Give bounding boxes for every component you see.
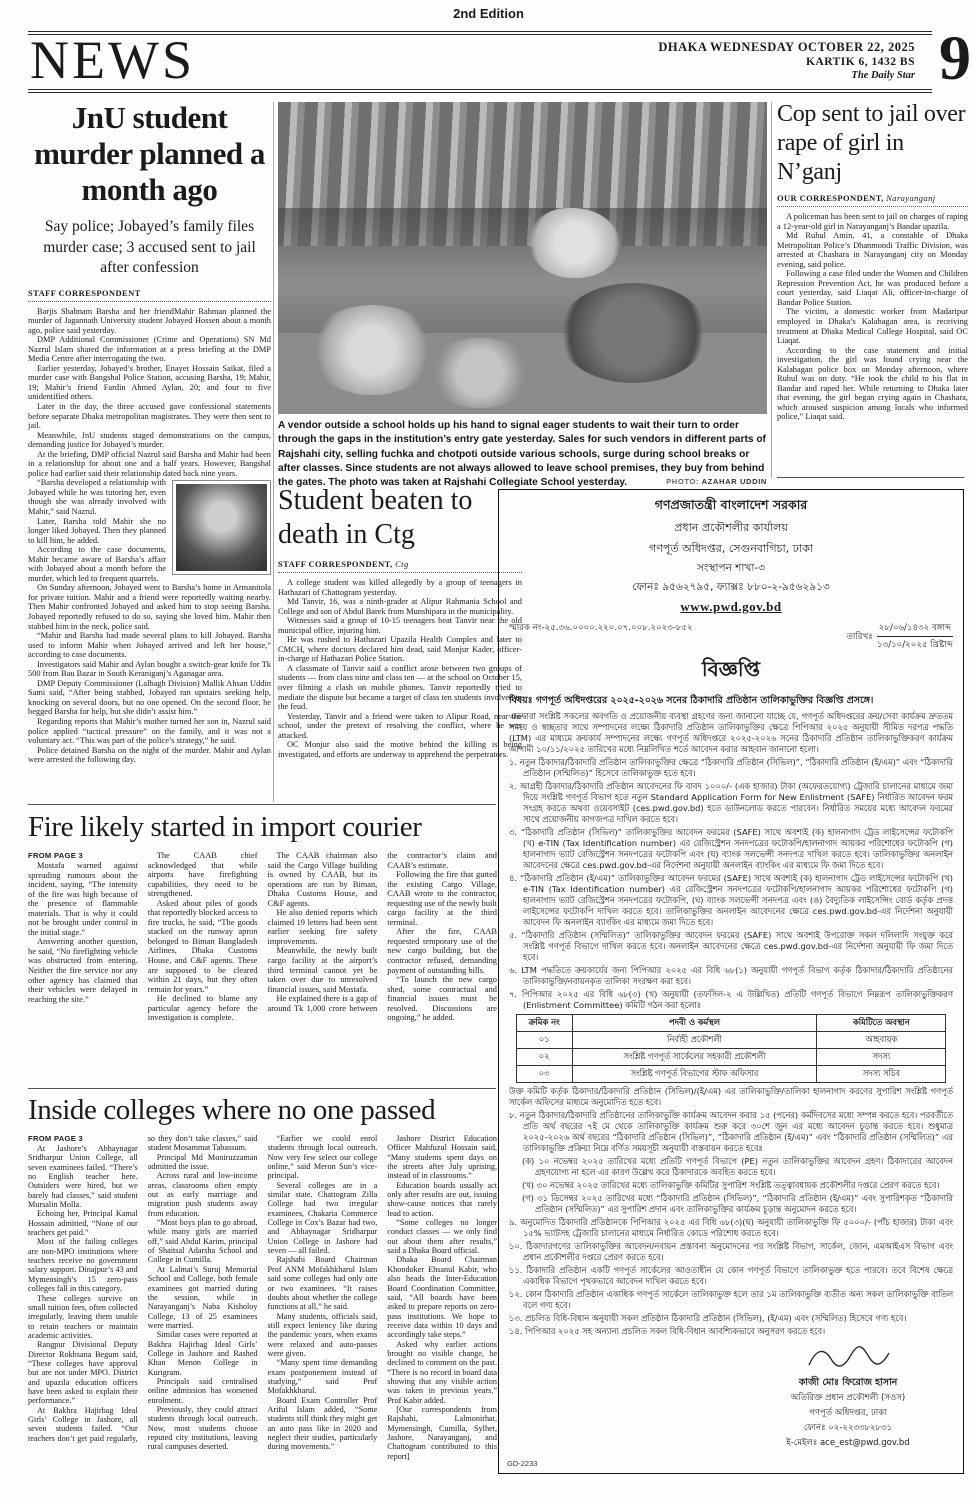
newspaper-page: 2nd Edition NEWS DHAKA WEDNESDAY OCTOBER… [0, 0, 977, 1500]
paragraph: A policeman has been sent to jail on cha… [777, 212, 968, 231]
paragraph: At Jashore’s Abhaynagar Sridharpur Union… [28, 1144, 138, 1209]
paragraph: Barjis Shabnam Barsha and her friendMahi… [28, 307, 271, 336]
memo-number: স্মারক নং-২৫.৩৬.০০০০.২২০.০৭.০০৮.২০২৩-৮৫২ [509, 621, 693, 635]
paragraph: Mostafa warned against spreading rumours… [28, 861, 138, 937]
paragraph: ১৪. পিপিআর ২০২৫ সহ অন্যান্য প্রচলিত সকল … [509, 1326, 953, 1337]
paragraph: ৭. পিপিআর ২০২৫ এর বিধি ৬৮(৩) (খ) অনুযায়… [509, 989, 953, 1011]
paragraph: Many students, officials said, still exp… [268, 1312, 378, 1359]
ad-serial-code: GD-2233 [507, 1459, 537, 1468]
column-rule-right [771, 102, 772, 478]
paper-name: The Daily Star [658, 70, 915, 81]
rule-above-fire-article [28, 804, 496, 805]
article-ctg-student: Student beaten to death in Ctg STAFF COR… [278, 484, 522, 759]
photo-credit-label: PHOTO: [666, 477, 699, 486]
suspect-portrait-photo [172, 480, 271, 575]
article-colleges-zero-pass: Inside colleges where no one passed FROM… [28, 1094, 497, 1489]
masthead-rule-bottom [28, 89, 932, 93]
ad-branch: সংস্থাপন শাখা-৩ [509, 561, 953, 578]
news-photo [278, 102, 767, 414]
paragraph: Principal Md Moniruzzaman admitted the i… [148, 1153, 258, 1172]
article-headline: Fire likely started in import courier [28, 811, 497, 844]
signatory-title: অতিরিক্ত প্রধান প্রকৌশলী (সওস) [743, 1391, 953, 1405]
table-cell: আহবায়ক [817, 1032, 946, 1049]
paragraph: Meanwhile, the newly built cargo facilit… [268, 946, 378, 994]
paragraph: On Sunday afternoon, Jobayed went to Bar… [28, 583, 271, 631]
paragraph: He declined to blame any particular agen… [148, 994, 258, 1023]
memo-date-row: স্মারক নং-২৫.৩৬.০০০০.২২০.০৭.০০৮.২০২৩-৮৫২… [509, 621, 953, 652]
paragraph: At the briefing, DMP official Nazrul sai… [28, 450, 271, 479]
signature-scribble [803, 1345, 893, 1371]
paragraph: Most of the failing colleges are non-MPO… [28, 1237, 138, 1293]
paragraph: Asked about piles of goods that reported… [148, 899, 258, 994]
table-cell: ০২ [516, 1049, 572, 1066]
paragraph: A classmate of Tanvir said a conflict ar… [278, 664, 522, 712]
photo-caption: A vendor outside a school holds up his h… [278, 419, 767, 490]
paragraph: Board Exam Controller Prof Ariful Islam … [268, 1396, 378, 1452]
paragraph: Answering another question, he said, “No… [28, 937, 138, 1004]
ad-govt-name: গণপ্রজাতন্ত্রী বাংলাদেশ সরকার [509, 497, 953, 517]
notice-subject: বিষয়ঃ গণপূর্ত অধিদপ্তরের ২০২৫-২০২৬ সনের… [509, 693, 953, 708]
article-jnu-murder: JnU student murder planned a month ago S… [28, 100, 271, 765]
paragraph: (গ) ৩১ ডিসেম্বর ২০২৫ তারিখের মধ্যে “ঠিকা… [509, 1193, 953, 1215]
table-cell: নির্বাহী প্রকৌশলী [572, 1032, 817, 1049]
article-cop-jail: Cop sent to jail over rape of girl in N’… [777, 100, 968, 422]
paragraph: Following a case filed under the Women a… [777, 269, 968, 307]
paragraph: “Many spent time demanding exam postpone… [268, 1358, 378, 1395]
signatory-name: কাজী মোঃ ফিরোজ হাসান [743, 1375, 953, 1390]
dateline: DHAKA WEDNESDAY OCTOBER 22, 2025 KARTIK … [658, 40, 915, 81]
byline-divider [777, 206, 968, 207]
rule-under-cop-article [777, 477, 964, 478]
date-label: তারিখঃ [846, 630, 872, 644]
table-row: ০১নির্বাহী প্রকৌশলীআহবায়ক [516, 1032, 946, 1049]
ad-department: গণপূর্ত অধিদপ্তর, সেগুনবাগিচা, ঢাকা [509, 540, 953, 559]
byline: STAFF CORRESPONDENT, Ctg [278, 559, 522, 569]
paragraph: Later in the day, the three accused gave… [28, 402, 271, 431]
paragraph: At Lalmai’s Suruj Memorial School and Co… [148, 1265, 258, 1330]
notice-intro: এতদ্বারা সংশ্লিষ্ট সকলের অবগতি ও প্রয়োজ… [509, 711, 953, 755]
paragraph: Investigators said Mahir and Aylan bough… [28, 660, 271, 679]
paragraph: Dhaka Board Chairman Khondoker Ehsanul K… [387, 1255, 497, 1339]
date-block: তারিখঃ ২৮/০৬/১৪৩২ বঙ্গাব্দ ১৩/১০/২০২৫ খ্… [846, 621, 953, 652]
article-body: Barjis Shabnam Barsha and her friendMahi… [28, 307, 271, 479]
notice-clauses-3: ৯. অনুমোদিত ঠিকাদারি প্রতিষ্ঠানকে পিপিআর… [509, 1217, 953, 1337]
paragraph: A college student was killed allegedly b… [278, 578, 522, 597]
paragraph: ৬. LTM পদ্ধতিতে ক্রয়কার্যের জন্য পিপিআর… [509, 965, 953, 987]
photo-credit: PHOTO: AZAHAR UDDIN [666, 475, 767, 489]
article-headline: Student beaten to death in Ctg [278, 484, 522, 552]
signatory-phone: ফোনঃ ০২-২২৩৩৮২৮৩১ [743, 1421, 953, 1435]
paragraph: Echoing her, Principal Kamal Hossain adm… [28, 1209, 138, 1237]
byline-divider [278, 572, 522, 573]
paragraph: “Earlier we could enrol students through… [268, 1134, 378, 1181]
paragraph: DMP Additional Commissioner (Crime and O… [28, 335, 271, 364]
paragraph: Asked why earlier actions brought no vis… [387, 1340, 497, 1405]
byline-location: Narayanganj [886, 193, 935, 203]
portrait-image [176, 484, 267, 571]
article-body: A college student was killed allegedly b… [278, 578, 522, 759]
paragraph: The CAAB chief acknowledged that while a… [148, 851, 258, 899]
paragraph: Md Ruhul Amin, 41, a constable of Dhaka … [777, 231, 968, 269]
date-bengali-era: ২৮/০৬/১৪৩২ বঙ্গাব্দ [877, 621, 953, 637]
paragraph: OC Monjur also said the motive behind th… [278, 740, 522, 759]
date-values: ২৮/০৬/১৪৩২ বঙ্গাব্দ ১৩/১০/২০২৫ খ্রিষ্টাব… [877, 621, 953, 652]
vendor-hand-graphic [530, 208, 620, 278]
section-title: NEWS [30, 33, 195, 87]
notice-title: বিজ্ঞপ্তি [509, 655, 953, 688]
paragraph: Following the fire that gutted the exist… [387, 870, 497, 927]
article-headline: Cop sent to jail over rape of girl in N’… [777, 100, 968, 187]
paragraph: Similar cases were reported at Bakhra Ha… [148, 1330, 258, 1377]
signatory-org: গণপূর্ত অধিদপ্তর, ঢাকা [743, 1406, 953, 1420]
article-body: A policeman has been sent to jail on cha… [777, 212, 968, 422]
table-cell: সংশ্লিষ্ট গণপূর্ত বিভাগের স্টাফ অফিসার [572, 1066, 817, 1083]
dateline-date: DHAKA WEDNESDAY OCTOBER 22, 2025 [658, 40, 915, 55]
paragraph: [Our correspondents from Rajshahi, Lalmo… [387, 1405, 497, 1461]
paragraph: Across rural and low-income areas, class… [148, 1171, 258, 1218]
paragraph: DMP Deputy Commissioner (Lalbagh Divisio… [28, 679, 271, 717]
byline-location: Ctg [395, 559, 408, 569]
shadow-graphic [558, 283, 708, 383]
paragraph: ১০. ঠিকাদারগণের তালিকাভুক্তির আবেদন/নবায… [509, 1241, 953, 1263]
paragraph: ১২. কোন ঠিকাদারি প্রতিষ্ঠান একাধিক গণপূর… [509, 1289, 953, 1311]
paragraph: ৯. অনুমোদিত ঠিকাদারি প্রতিষ্ঠানকে পিপিআর… [509, 1217, 953, 1239]
food-bowl-graphic [425, 338, 535, 408]
paragraph: Rajshahi Board Chairman Prof ANM Mofakhk… [268, 1255, 378, 1311]
paragraph: Meanwhile, JnU students staged demonstra… [28, 431, 271, 450]
article-body-columns: FROM PAGE 3 Mostafa warned against sprea… [28, 851, 497, 1080]
table-cell: সদস্য [817, 1049, 946, 1066]
paragraph: ১৩. প্রচলিত বিধি-বিধান অনুযায়ী সকল প্রত… [509, 1313, 953, 1324]
from-page-label: FROM PAGE 3 [28, 851, 138, 860]
byline: STAFF CORRESPONDENT [28, 288, 271, 298]
byline-divider [28, 301, 271, 302]
paragraph: ১১. ঠিকাদারি প্রতিষ্ঠান একটি গণপূর্ত সার… [509, 1265, 953, 1287]
paragraph: “Some colleges no longer conduct classes… [387, 1218, 497, 1255]
page-number: 9 [939, 28, 971, 88]
notice-schedule: (ক) ১০ নভেম্বর ২০২৫ তারিখের মধ্যে প্রতিট… [509, 1156, 953, 1215]
article-body-columns: FROM PAGE 3 At Jashore’s Abhaynagar Srid… [28, 1134, 497, 1489]
notice-clause-8: ৮. নতুন ঠিকাদার/ঠিকাদারি প্রতিষ্ঠানের তা… [509, 1110, 953, 1154]
paragraph: After the fire, CAAB requested temporary… [387, 927, 497, 975]
ad-website-link: www.pwd.gov.bd [509, 599, 953, 615]
table-body: ০১নির্বাহী প্রকৌশলীআহবায়ক০২সংশ্লিষ্ট গণ… [516, 1032, 946, 1083]
paragraph: (খ) ৩০ নভেম্বর ২০২৫ তারিখের মধ্যে তালিকা… [509, 1180, 953, 1191]
article-headline: JnU student murder planned a month ago [28, 100, 271, 208]
table-header-cell: পদবী ও কর্মস্থল [572, 1015, 817, 1032]
table-row: ০৩সংশ্লিষ্ট গণপূর্ত বিভাগের স্টাফ অফিসার… [516, 1066, 946, 1083]
table-cell: ০১ [516, 1032, 572, 1049]
food-plate-graphic [307, 305, 437, 395]
table-cell: সংশ্লিষ্ট গণপূর্ত সার্কেলের সহকারী প্রকৌ… [572, 1049, 817, 1066]
paragraph: ৫. “ঠিকাদারি প্রতিষ্ঠান (সম্মিলিত)” তালি… [509, 930, 953, 963]
paragraph: Earlier yesterday, Jobayed’s brother, En… [28, 364, 271, 402]
dateline-bengali-date: KARTIK 6, 1432 BS [658, 56, 915, 68]
edition-label: 2nd Edition [0, 6, 977, 21]
paragraph: The victim, a domestic worker from Madar… [777, 307, 968, 345]
paragraph: Jashore District Education Officer Mahfu… [387, 1134, 497, 1181]
paragraph: Md Tanvir, 16, was a ninth-grader at Ali… [278, 597, 522, 616]
paragraph: Rangpur Divisional Deputy Director Rokhs… [28, 1340, 138, 1405]
paragraph: Education boards usually act only after … [387, 1181, 497, 1218]
paragraph: Witnesses said a group of 10-15 teenager… [278, 616, 522, 635]
from-page-label: FROM PAGE 3 [28, 1134, 138, 1143]
byline-label: OUR CORRESPONDENT, [777, 193, 884, 203]
date-gregorian: ১৩/১০/২০২৫ খ্রিষ্টাব্দ [877, 637, 953, 652]
paragraph: ১. নতুন ঠিকাদার/ঠিকাদারি প্রতিষ্ঠান তালি… [509, 757, 953, 779]
paragraph: (ক) ১০ নভেম্বর ২০২৫ তারিখের মধ্যে প্রতিট… [509, 1156, 953, 1178]
table-cell: সদস্য সচিব [817, 1066, 946, 1083]
photo-credit-name: AZAHAR UDDIN [702, 477, 767, 486]
article-headline: Inside colleges where no one passed [28, 1094, 497, 1127]
signatory-email: ই-মেইলঃ ace_est@pwd.gov.bd [743, 1436, 953, 1450]
table-header-row: ক্রমিক নংপদবী ও কর্মস্থলকমিটিতে অবস্থান [516, 1015, 946, 1032]
table-header-cell: ক্রমিক নং [516, 1015, 572, 1032]
signature-block: কাজী মোঃ ফিরোজ হাসান অতিরিক্ত প্রধান প্র… [743, 1345, 953, 1450]
clause-8-text: ৮. নতুন ঠিকাদার/ঠিকাদারি প্রতিষ্ঠানের তা… [509, 1110, 953, 1154]
paragraph: ৪. “ঠিকাদারি প্রতিষ্ঠান (ই/এম)” তালিকাভু… [509, 873, 953, 928]
paragraph: The CAAB chairman also said the Cargo Vi… [268, 851, 378, 908]
notice-clauses-1: ১. নতুন ঠিকাদার/ঠিকাদারি প্রতিষ্ঠান তালি… [509, 757, 953, 1011]
paragraph: He also denied reports which claimed 19 … [268, 908, 378, 946]
govt-notice-ad: গণপ্রজাতন্ত্রী বাংলাদেশ সরকার প্রধান প্র… [498, 489, 964, 1474]
paragraph: “Most boys plan to go abroad, while many… [148, 1218, 258, 1265]
article-fire-courier: Fire likely started in import courier FR… [28, 811, 497, 1080]
paragraph: He was rushed to Hathazari Upazila Healt… [278, 635, 522, 664]
paragraph: Several colleges are in a similar state.… [268, 1181, 378, 1256]
article-deck: Say police; Jobayed’s family files murde… [28, 217, 271, 279]
paragraph: Regarding reports that Mahir’s mother tu… [28, 717, 271, 746]
ad-office-name: প্রধান প্রকৌশলীর কার্যালয় [509, 519, 953, 538]
byline-label: STAFF CORRESPONDENT, [278, 559, 393, 569]
table-row: ০২সংশ্লিষ্ট গণপূর্ত সার্কেলের সহকারী প্র… [516, 1049, 946, 1066]
rule-above-colleges-article [28, 1088, 496, 1089]
table-header-cell: কমিটিতে অবস্থান [817, 1015, 946, 1032]
paragraph: “Mahir and Barsha had made several plans… [28, 631, 271, 660]
enlistment-committee-table: ক্রমিক নংপদবী ও কর্মস্থলকমিটিতে অবস্থান … [516, 1014, 947, 1083]
paragraph: ৩. “ঠিকাদারি প্রতিষ্ঠান (সিভিল)” তালিকাভ… [509, 827, 953, 871]
ad-phone-fax: ফোনঃ ৯৫৬২৭৯৫, ফ্যাক্সঃ ৮৮০-২-৯৫৬২৯১৩ [509, 580, 953, 597]
paragraph: These colleges survive on small tuition … [28, 1294, 138, 1341]
paragraph: “To launch the new cargo shed, some cont… [387, 975, 497, 1023]
paragraph: According to the case statement and init… [777, 346, 968, 422]
paragraph: Principals said centralised online admis… [148, 1377, 258, 1405]
paragraph: Previously, they could attract students … [148, 1405, 258, 1452]
byline: OUR CORRESPONDENT, Narayanganj [777, 193, 968, 203]
paragraph: ২. আগ্রহী ঠিকাদার/ঠিকাদারি প্রতিষ্ঠান আব… [509, 781, 953, 825]
paragraph: Yesterday, Tanvir and a friend were take… [278, 712, 522, 741]
notice-post-table: উক্ত কমিটি কর্তৃক ঠিকাদার/ঠিকাদারি প্রতি… [509, 1086, 953, 1108]
paragraph: Police detained Barsha on the night of t… [28, 746, 271, 765]
column-rule-left [273, 102, 274, 802]
table-cell: ০৩ [516, 1066, 572, 1083]
